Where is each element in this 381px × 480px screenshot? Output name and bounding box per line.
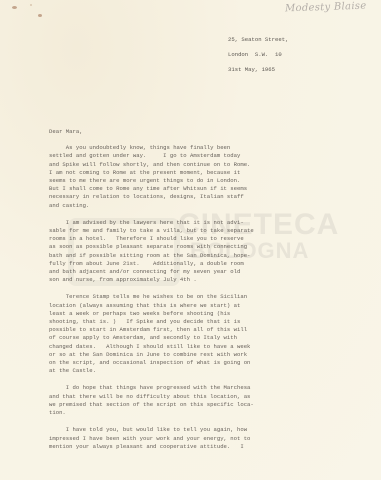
text-line: possible to start in Amsterdam first, th…	[49, 326, 359, 334]
text-line: seems to me there are more urgent things…	[49, 177, 359, 185]
text-line: settled and gotten under way. I go to Am…	[49, 152, 359, 160]
stain-mark	[38, 14, 42, 17]
text-line: rooms in a hotel. Therefore I should lik…	[49, 235, 359, 243]
text-line: As you undoubtedly know, things have fin…	[49, 144, 359, 152]
paragraph: As you undoubtedly know, things have fin…	[49, 144, 359, 210]
address-street: 25, Seaton Street,	[228, 32, 288, 47]
text-line: and casting.	[49, 202, 359, 210]
stain-mark	[30, 4, 32, 6]
paragraph: Terence Stamp tells me he wishes to be o…	[49, 293, 359, 375]
text-line: least a week or perhaps two weeks before…	[49, 310, 359, 318]
text-line: and Spike will follow shortly, and then …	[49, 161, 359, 169]
text-line: I do hope that things have progressed wi…	[49, 384, 359, 392]
text-line: But I shall come to Rome any time after …	[49, 185, 359, 193]
text-line: of course apply to Amsterdam, and second…	[49, 334, 359, 342]
text-line: I am advised by the lawyers here that it…	[49, 219, 359, 227]
text-line: son and nurse, from approximately July 4…	[49, 276, 359, 284]
text-line: Terence Stamp tells me he wishes to be o…	[49, 293, 359, 301]
text-line: I have told you, but would like to tell …	[49, 426, 359, 434]
letter-date: 31st May, 1965	[228, 62, 288, 77]
text-line: shooting, that is. ) If Spike and you de…	[49, 318, 359, 326]
text-line: on the script, and occasional inspection…	[49, 359, 359, 367]
address-city: London S.W. 10	[228, 47, 288, 62]
text-line: location (always assuming that this is w…	[49, 302, 359, 310]
text-line: as soon as possible pleasant separate ro…	[49, 243, 359, 251]
handwritten-note: Modesty Blaise	[285, 1, 367, 15]
text-line: tion.	[49, 409, 359, 417]
text-line: and that there will be no difficulty abo…	[49, 393, 359, 401]
text-line: or so at the San Dominica in June to com…	[49, 351, 359, 359]
paragraph: I am advised by the lawyers here that it…	[49, 219, 359, 285]
text-line: impressed I have been with your work and…	[49, 435, 359, 443]
letter-page: Modesty Blaise CINETECA BOLOGNA 25, Seat…	[0, 0, 381, 480]
salutation: Dear Mara,	[49, 128, 359, 136]
text-line: bath and if possible sitting room at the…	[49, 252, 359, 260]
paragraph: I have told you, but would like to tell …	[49, 426, 359, 451]
text-line: fully from about June 21st. Additionally…	[49, 260, 359, 268]
stain-mark	[12, 6, 17, 9]
text-line: and bath adjacent and/or connecting for …	[49, 268, 359, 276]
sender-address: 25, Seaton Street, London S.W. 10 31st M…	[228, 32, 288, 77]
letter-body: Dear Mara, As you undoubtedly know, thin…	[49, 128, 359, 460]
text-line: we premised that section of the script o…	[49, 401, 359, 409]
text-line: necessary in relation to locations, desi…	[49, 193, 359, 201]
paragraph: I do hope that things have progressed wi…	[49, 384, 359, 417]
text-line: changed dates. Although I should still l…	[49, 343, 359, 351]
text-line: at the Castle.	[49, 367, 359, 375]
text-line: mention your always pleasant and coopera…	[49, 443, 359, 451]
text-line: I am not coming to Rome at the present m…	[49, 169, 359, 177]
text-line: sable for me and family to take a villa,…	[49, 227, 359, 235]
